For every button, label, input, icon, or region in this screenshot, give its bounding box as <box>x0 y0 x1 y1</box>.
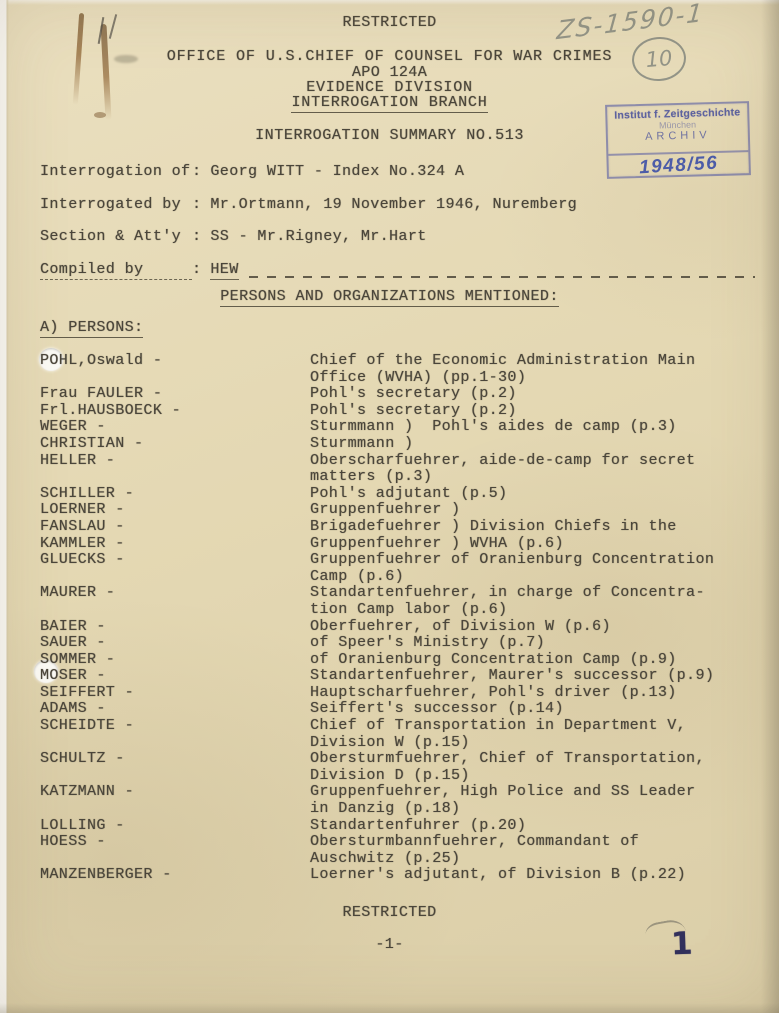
person-row: LOLLING - Standartenfuhrer (p.20) <box>40 818 755 835</box>
metadata-colon: : <box>192 164 201 180</box>
person-description: Obersturmfuehrer, Chief of Transportatio… <box>310 751 755 784</box>
person-description: Pohl's secretary (p.2) <box>310 403 755 420</box>
metadata-label: Section & Att'y <box>40 229 192 245</box>
metadata-row-compiled-by: Compiled by : HEW <box>40 262 755 280</box>
metadata-label: Interrogated by <box>40 197 192 213</box>
person-description: Gruppenfuehrer, High Police and SS Leade… <box>310 784 755 817</box>
person-row: SAUER - of Speer's Ministry (p.7) <box>40 635 755 652</box>
person-name: Frau FAULER - <box>40 386 310 403</box>
person-name: SAUER - <box>40 635 310 652</box>
person-name: FANSLAU - <box>40 519 310 536</box>
person-row: FANSLAU - Brigadefuehrer ) Division Chie… <box>40 519 755 536</box>
person-name: SEIFFERT - <box>40 685 310 702</box>
person-description: Gruppenfuehrer ) WVHA (p.6) <box>310 536 755 553</box>
page-number: -1- <box>0 936 779 953</box>
person-name: LOERNER - <box>40 502 310 519</box>
branch-line: INTERROGATION BRANCH <box>0 94 779 111</box>
person-row: Frau FAULER - Pohl's secretary (p.2) <box>40 386 755 403</box>
person-name: CHRISTIAN - <box>40 436 310 453</box>
person-row: GLUECKS - Gruppenfuehrer of Oranienburg … <box>40 552 755 585</box>
person-description: Sturmmann ) Pohl's aides de camp (p.3) <box>310 419 755 436</box>
person-row: ADAMS - Seiffert's successor (p.14) <box>40 701 755 718</box>
scan-edge-right <box>761 0 779 1013</box>
dashed-separator-line <box>249 276 755 278</box>
person-description: Chief of Transportation in Department V,… <box>310 718 755 751</box>
scan-edge-left <box>0 0 9 1013</box>
metadata-label: Compiled by <box>40 262 192 280</box>
person-description: Sturmmann ) <box>310 436 755 453</box>
person-row: SCHEIDTE - Chief of Transportation in De… <box>40 718 755 751</box>
person-description: Standartenfuehrer, in charge of Concentr… <box>310 585 755 618</box>
person-description: Pohl's adjutant (p.5) <box>310 486 755 503</box>
person-name: KATZMANN - <box>40 784 310 817</box>
metadata-value: Mr.Ortmann, 19 November 1946, Nuremberg <box>210 197 577 213</box>
person-row: Frl.HAUSBOECK - Pohl's secretary (p.2) <box>40 403 755 420</box>
person-description: Gruppenfuehrer of Oranienburg Concentrat… <box>310 552 755 585</box>
person-row: SOMMER - of Oranienburg Concentration Ca… <box>40 652 755 669</box>
summary-title: INTERROGATION SUMMARY NO.513 <box>0 127 779 144</box>
person-row: MOSER - Standartenfuehrer, Maurer's succ… <box>40 668 755 685</box>
branch-label: INTERROGATION BRANCH <box>291 94 487 113</box>
subsection-title: A) PERSONS: <box>40 319 143 336</box>
person-description: Seiffert's successor (p.14) <box>310 701 755 718</box>
person-description: Obersturmbannfuehrer, Commandant of Ausc… <box>310 834 755 867</box>
person-row: HELLER - Oberscharfuehrer, aide-de-camp … <box>40 453 755 486</box>
person-name: LOLLING - <box>40 818 310 835</box>
person-row: HOESS - Obersturmbannfuehrer, Commandant… <box>40 834 755 867</box>
metadata-colon: : <box>192 262 201 278</box>
person-row: WEGER - Sturmmann ) Pohl's aides de camp… <box>40 419 755 436</box>
person-name: HELLER - <box>40 453 310 486</box>
person-name: MANZENBERGER - <box>40 867 310 884</box>
person-name: SCHILLER - <box>40 486 310 503</box>
person-description: of Speer's Ministry (p.7) <box>310 635 755 652</box>
stamped-page-number: 1 <box>670 926 693 963</box>
person-row: BAIER - Oberfuehrer, of Division W (p.6) <box>40 619 755 636</box>
ink-stain-dot <box>94 112 106 118</box>
person-name: SCHULTZ - <box>40 751 310 784</box>
person-name: POHL,Oswald - <box>40 353 310 386</box>
person-row: SEIFFERT - Hauptscharfuehrer, Pohl's dri… <box>40 685 755 702</box>
person-row: MAURER - Standartenfuehrer, in charge of… <box>40 585 755 618</box>
person-description: Standartenfuhrer (p.20) <box>310 818 755 835</box>
person-description: Gruppenfuehrer ) <box>310 502 755 519</box>
person-row: SCHULTZ - Obersturmfuehrer, Chief of Tra… <box>40 751 755 784</box>
section-title-text: PERSONS AND ORGANIZATIONS MENTIONED: <box>220 288 558 307</box>
person-name: WEGER - <box>40 419 310 436</box>
person-row: CHRISTIAN - Sturmmann ) <box>40 436 755 453</box>
person-row: KATZMANN - Gruppenfuehrer, High Police a… <box>40 784 755 817</box>
person-row: MANZENBERGER - Loerner's adjutant, of Di… <box>40 867 755 884</box>
metadata-value: Georg WITT - Index No.324 A <box>210 164 464 180</box>
persons-list: POHL,Oswald - Chief of the Economic Admi… <box>40 353 755 884</box>
person-description: Pohl's secretary (p.2) <box>310 386 755 403</box>
person-description: Chief of the Economic Administration Mai… <box>310 353 755 386</box>
person-name: HOESS - <box>40 834 310 867</box>
person-description: Oberscharfuehrer, aide-de-camp for secre… <box>310 453 755 486</box>
metadata-colon: : <box>192 197 201 213</box>
person-name: ADAMS - <box>40 701 310 718</box>
person-name: KAMMLER - <box>40 536 310 553</box>
metadata-colon: : <box>192 229 201 245</box>
metadata-row: Interrogated by : Mr.Ortmann, 19 Novembe… <box>40 197 755 213</box>
person-name: Frl.HAUSBOECK - <box>40 403 310 420</box>
person-name: SCHEIDTE - <box>40 718 310 751</box>
metadata-row: Section & Att'y : SS - Mr.Rigney, Mr.Har… <box>40 229 755 245</box>
person-description: Brigadefuehrer ) Division Chiefs in the <box>310 519 755 536</box>
person-name: BAIER - <box>40 619 310 636</box>
scan-edge-bottom <box>0 1003 779 1013</box>
person-description: Hauptscharfuehrer, Pohl's driver (p.13) <box>310 685 755 702</box>
metadata-label: Interrogation of <box>40 164 192 180</box>
interrogation-metadata: Interrogation of : Georg WITT - Index No… <box>40 164 755 296</box>
person-description: Oberfuehrer, of Division W (p.6) <box>310 619 755 636</box>
person-row: POHL,Oswald - Chief of the Economic Admi… <box>40 353 755 386</box>
person-name: SOMMER - <box>40 652 310 669</box>
person-row: LOERNER - Gruppenfuehrer ) <box>40 502 755 519</box>
person-name: MAURER - <box>40 585 310 618</box>
person-row: SCHILLER - Pohl's adjutant (p.5) <box>40 486 755 503</box>
metadata-value: HEW <box>210 262 238 280</box>
office-title: OFFICE OF U.S.CHIEF OF COUNSEL FOR WAR C… <box>0 48 779 65</box>
classification-footer: RESTRICTED <box>0 904 779 921</box>
metadata-value: SS - Mr.Rigney, Mr.Hart <box>210 229 426 245</box>
document-page: ZS-1590-1 10 Institut f. Zeitgeschichte … <box>0 0 779 1013</box>
subsection-title-text: A) PERSONS: <box>40 319 143 338</box>
person-description: of Oranienburg Concentration Camp (p.9) <box>310 652 755 669</box>
metadata-row: Interrogation of : Georg WITT - Index No… <box>40 164 755 180</box>
person-name: GLUECKS - <box>40 552 310 585</box>
person-row: KAMMLER - Gruppenfuehrer ) WVHA (p.6) <box>40 536 755 553</box>
person-name: MOSER - <box>40 668 310 685</box>
person-description: Standartenfuehrer, Maurer's successor (p… <box>310 668 755 685</box>
person-description: Loerner's adjutant, of Division B (p.22) <box>310 867 755 884</box>
classification-header: RESTRICTED <box>0 14 779 31</box>
section-title: PERSONS AND ORGANIZATIONS MENTIONED: <box>0 288 779 305</box>
